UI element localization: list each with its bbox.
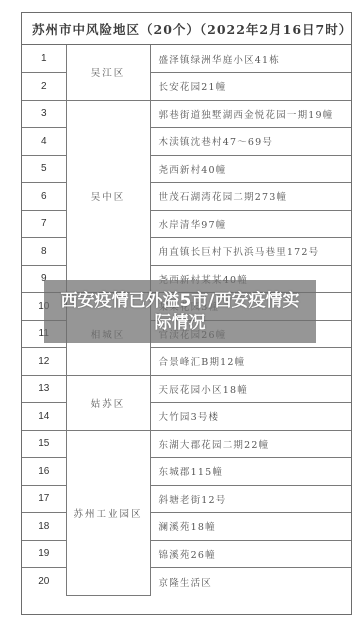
table-row: 15 苏州工业园区 东湖大郡花园二期22幢 <box>22 430 351 458</box>
address-cell: 澜溪苑18幢 <box>150 513 351 541</box>
address-cell: 京隆生活区 <box>150 568 351 596</box>
table-row: 13 姑苏区 天辰花园小区18幢 <box>22 375 351 403</box>
row-number: 13 <box>22 375 66 403</box>
table-title: 苏州市中风险地区（20个）（2022年2月16日7时） <box>22 13 351 45</box>
district-cell: 苏州工业园区 <box>66 430 150 595</box>
row-number: 16 <box>22 458 66 486</box>
address-cell: 盛泽镇绿洲华庭小区41栋 <box>150 45 351 73</box>
district-cell: 姑苏区 <box>66 375 150 430</box>
row-number: 5 <box>22 155 66 183</box>
row-number: 18 <box>22 513 66 541</box>
address-cell: 大竹园3号楼 <box>150 403 351 431</box>
address-cell: 东城郡115幢 <box>150 458 351 486</box>
table-row: 1 吴江区 盛泽镇绿洲华庭小区41栋 <box>22 45 351 73</box>
address-cell: 斜塘老街12号 <box>150 485 351 513</box>
district-cell: 吴中区 <box>66 100 150 293</box>
address-cell: 锦溪苑26幢 <box>150 540 351 568</box>
address-cell: 郭巷街道独墅湖西金悦花园一期19幢 <box>150 100 351 128</box>
address-cell: 合景峰汇B期12幢 <box>150 348 351 376</box>
row-number: 4 <box>22 128 66 156</box>
row-number: 1 <box>22 45 66 73</box>
row-number: 12 <box>22 348 66 376</box>
row-number: 19 <box>22 540 66 568</box>
address-cell: 木渎镇沈巷村47～69号 <box>150 128 351 156</box>
row-number: 20 <box>22 568 66 596</box>
row-number: 7 <box>22 210 66 238</box>
address-cell: 长安花园21幢 <box>150 73 351 101</box>
row-number: 6 <box>22 183 66 211</box>
address-cell: 水岸清华97幢 <box>150 210 351 238</box>
table-row: 3 吴中区 郭巷街道独墅湖西金悦花园一期19幢 <box>22 100 351 128</box>
row-number: 15 <box>22 430 66 458</box>
address-cell: 尧西新村40幢 <box>150 155 351 183</box>
caption-overlay: 西安疫情已外溢5市/西安疫情实际情况 <box>44 280 316 343</box>
row-number: 17 <box>22 485 66 513</box>
caption-text: 西安疫情已外溢5市/西安疫情实际情况 <box>60 290 300 334</box>
address-cell: 世茂石湖湾花园二期273幢 <box>150 183 351 211</box>
row-number: 14 <box>22 403 66 431</box>
row-number: 2 <box>22 73 66 101</box>
row-number: 3 <box>22 100 66 128</box>
district-cell: 吴江区 <box>66 45 150 100</box>
address-cell: 甪直镇长巨村下扒浜马巷里172号 <box>150 238 351 266</box>
row-number: 8 <box>22 238 66 266</box>
address-cell: 东湖大郡花园二期22幢 <box>150 430 351 458</box>
address-cell: 天辰花园小区18幢 <box>150 375 351 403</box>
